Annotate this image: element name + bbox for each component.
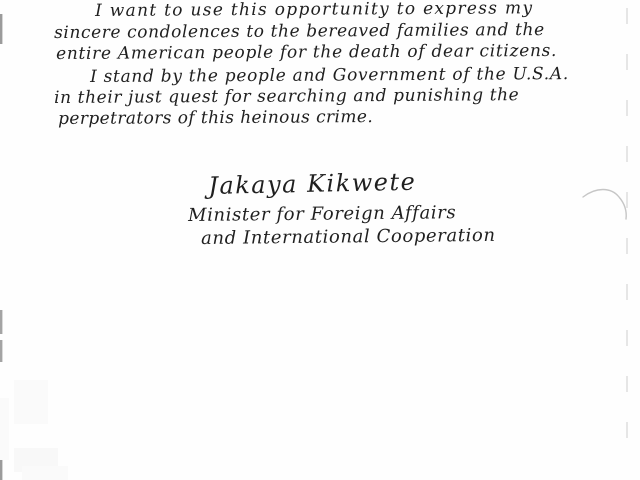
left-edge-mark xyxy=(0,452,2,480)
paragraph1-line2: sincere condolences to the bereaved fami… xyxy=(54,20,545,43)
left-edge-mark xyxy=(0,340,2,362)
scan-smudge xyxy=(14,448,58,472)
signature-title-line2: and International Cooperation xyxy=(201,225,496,249)
scan-smudge xyxy=(0,398,9,460)
signature-title-line1: Minister for Foreign Affairs xyxy=(188,202,456,226)
left-edge-mark xyxy=(0,14,2,44)
scanned-letter-page: I want to use this opportunity to expres… xyxy=(0,0,640,480)
paragraph2-line3: perpetrators of this heinous crime. xyxy=(58,107,373,129)
paragraph2-line1: I stand by the people and Government of … xyxy=(90,64,569,87)
paragraph1-line3: entire American people for the death of … xyxy=(56,41,557,64)
page-curl-mark xyxy=(583,190,626,220)
paragraph2-line2: in their just quest for searching and pu… xyxy=(54,85,519,108)
signature-name: Jakaya Kikwete xyxy=(208,168,417,200)
left-edge-mark xyxy=(0,310,2,334)
scan-smudge xyxy=(14,380,48,424)
paragraph1-line1: I want to use this opportunity to expres… xyxy=(95,0,533,21)
scan-smudge xyxy=(22,466,68,480)
